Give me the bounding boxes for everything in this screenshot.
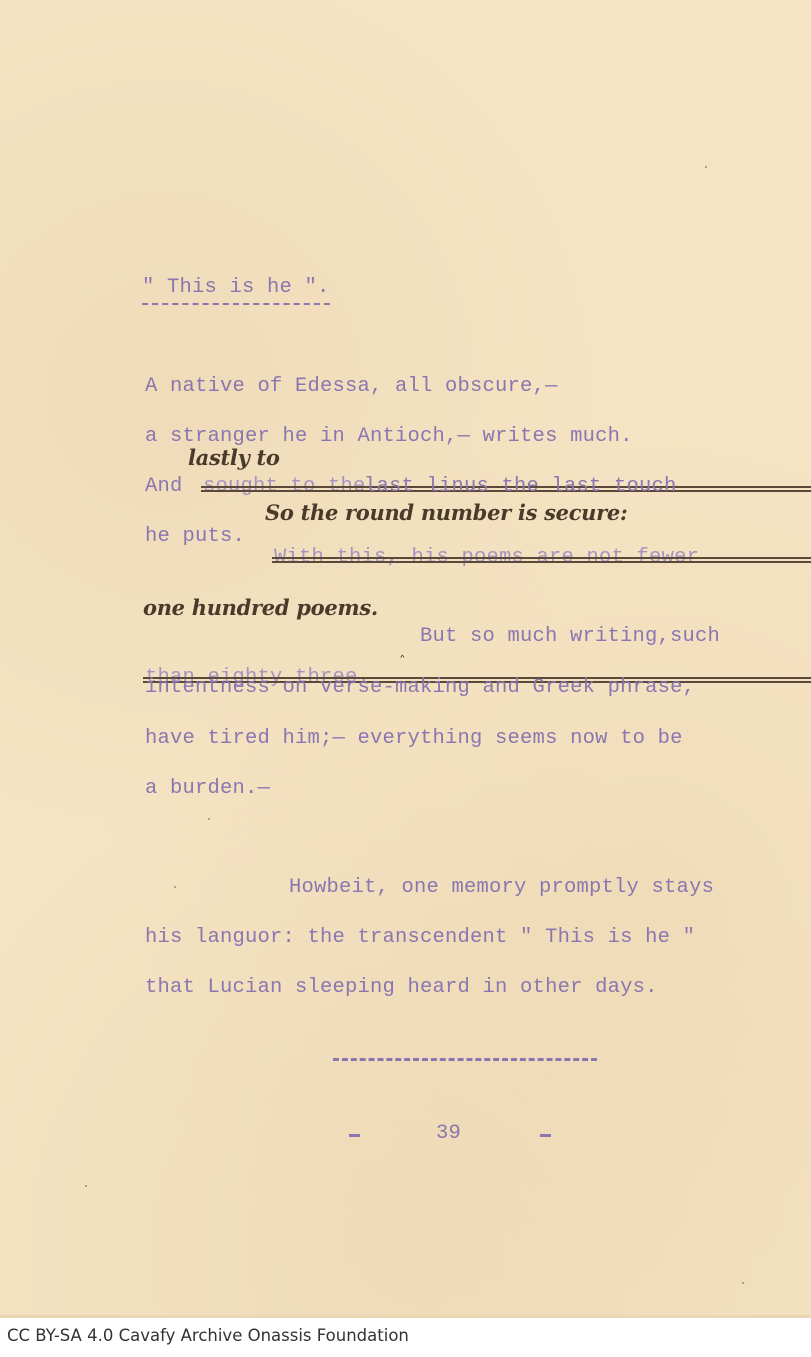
end-divider bbox=[333, 1058, 597, 1061]
poem-title: " This is he ". bbox=[142, 278, 330, 305]
poem-line-5-end: But so much writing,such bbox=[420, 627, 720, 648]
poem-line-7: have tired him;— everything seems now to… bbox=[145, 729, 683, 750]
paper-speck bbox=[742, 1282, 744, 1284]
paper-speck bbox=[85, 1185, 87, 1187]
handwritten-insertion-round-number: So the round number is secure: bbox=[265, 502, 627, 523]
insertion-caret-mark: ‸ bbox=[400, 643, 405, 657]
poem-line-6: intentness on verse-making and Greek phr… bbox=[145, 678, 695, 699]
poem-line-3-end: last linus the last touch bbox=[364, 477, 677, 498]
poem-line-9: Howbeit, one memory promptly stays bbox=[289, 878, 714, 899]
typescript-page: " This is he ". A native of Edessa, all … bbox=[0, 0, 811, 1318]
poem-line-11: that Lucian sleeping heard in other days… bbox=[145, 978, 658, 999]
poem-line-3-start: And bbox=[145, 477, 183, 498]
paper-speck bbox=[208, 818, 210, 820]
page-number-dash-left bbox=[349, 1134, 360, 1137]
paper-speck bbox=[705, 166, 707, 168]
page-number-dash-right bbox=[540, 1134, 551, 1137]
handwritten-insertion-one-hundred-poems: one hundred poems. bbox=[143, 597, 378, 618]
paper-speck bbox=[174, 886, 176, 888]
poem-line-4-start: he puts. bbox=[145, 527, 245, 548]
struck-text-with-this: With this, his poems are not fewer bbox=[274, 548, 811, 569]
poem-line-1: A native of Edessa, all obscure,— bbox=[145, 377, 558, 398]
poem-line-8: a burden.— bbox=[145, 779, 270, 800]
license-credit: CC BY-SA 4.0 Cavafy Archive Onassis Foun… bbox=[7, 1326, 409, 1345]
handwritten-insertion-lastly-to: lastly to bbox=[188, 447, 280, 468]
poem-line-10: his languor: the transcendent " This is … bbox=[145, 928, 695, 949]
page-number: 39 bbox=[436, 1124, 461, 1145]
